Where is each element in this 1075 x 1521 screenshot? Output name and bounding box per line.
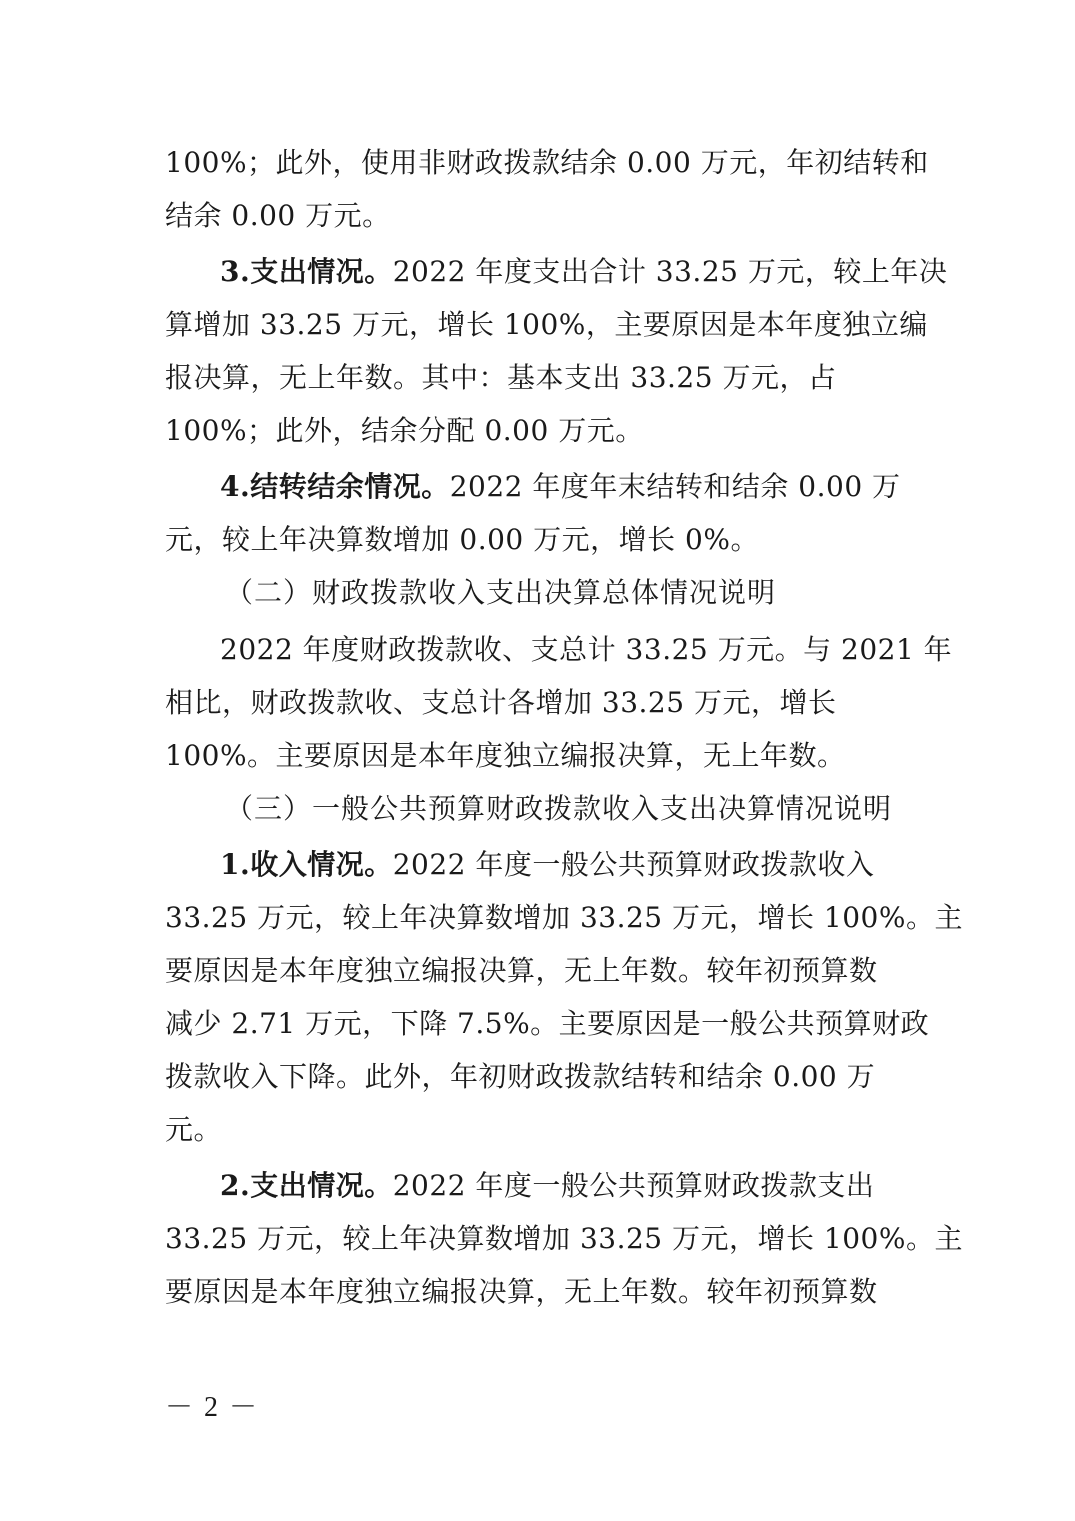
- document-page: 100%；此外，使用非财政拨款结余 0.00 万元，年初结转和结余 0.00 万…: [0, 0, 1075, 1521]
- text-line: 100%；此外，结余分配 0.00 万元。: [165, 411, 644, 451]
- line-text: 拨款收入下降。此外，年初财政拨款结转和结余 0.00 万: [165, 1060, 875, 1093]
- paragraph-start-line: 2.支出情况。2022 年度一般公共预算财政拨款支出: [220, 1166, 874, 1206]
- line-text: 2022 年度一般公共预算财政拨款支出: [393, 1169, 875, 1202]
- paragraph-start-line: 3.支出情况。2022 年度支出合计 33.25 万元，较上年决: [220, 252, 947, 292]
- text-line: 要原因是本年度独立编报决算，无上年数。较年初预算数: [165, 1272, 878, 1312]
- text-line: 报决算，无上年数。其中：基本支出 33.25 万元，占: [165, 358, 836, 398]
- line-text: 报决算，无上年数。其中：基本支出 33.25 万元，占: [165, 361, 836, 394]
- text-line: 33.25 万元，较上年决算数增加 33.25 万元，增长 100%。主: [165, 898, 963, 938]
- text-line: 2022 年度财政拨款收、支总计 33.25 万元。与 2021 年: [220, 630, 952, 670]
- text-line: 100%；此外，使用非财政拨款结余 0.00 万元，年初结转和: [165, 143, 929, 183]
- line-text: 元。: [165, 1113, 222, 1146]
- text-line: 减少 2.71 万元，下降 7.5%。主要原因是一般公共预算财政: [165, 1004, 929, 1044]
- page-number: － 2 －: [165, 1388, 259, 1428]
- line-text: 算增加 33.25 万元，增长 100%，主要原因是本年度独立编: [165, 308, 928, 341]
- paragraph-lead-title: 4.结转结余情况。: [220, 470, 450, 503]
- line-text: （三）一般公共预算财政拨款收入支出决算情况说明: [225, 792, 892, 825]
- line-text: 要原因是本年度独立编报决算，无上年数。较年初预算数: [165, 1275, 878, 1308]
- paragraph-lead-title: 1.收入情况。: [220, 848, 393, 881]
- text-line: 拨款收入下降。此外，年初财政拨款结转和结余 0.00 万: [165, 1057, 875, 1097]
- section-heading: （二）财政拨款收入支出决算总体情况说明: [225, 573, 776, 613]
- text-line: 相比，财政拨款收、支总计各增加 33.25 万元，增长: [165, 683, 836, 723]
- text-line: 算增加 33.25 万元，增长 100%，主要原因是本年度独立编: [165, 305, 928, 345]
- paragraph-lead-title: 2.支出情况。: [220, 1169, 393, 1202]
- text-line: 100%。主要原因是本年度独立编报决算，无上年数。: [165, 736, 846, 776]
- line-text: 100%。主要原因是本年度独立编报决算，无上年数。: [165, 739, 846, 772]
- line-text: 33.25 万元，较上年决算数增加 33.25 万元，增长 100%。主: [165, 1222, 963, 1255]
- paragraph-start-line: 1.收入情况。2022 年度一般公共预算财政拨款收入: [220, 845, 874, 885]
- line-text: 减少 2.71 万元，下降 7.5%。主要原因是一般公共预算财政: [165, 1007, 929, 1040]
- line-text: 结余 0.00 万元。: [165, 199, 391, 232]
- line-text: 2022 年度财政拨款收、支总计 33.25 万元。与 2021 年: [220, 633, 952, 666]
- line-text: 元，较上年决算数增加 0.00 万元，增长 0%。: [165, 523, 759, 556]
- line-text: （二）财政拨款收入支出决算总体情况说明: [225, 576, 776, 609]
- text-line: 结余 0.00 万元。: [165, 196, 391, 236]
- line-text: 100%；此外，结余分配 0.00 万元。: [165, 414, 644, 447]
- text-line: 33.25 万元，较上年决算数增加 33.25 万元，增长 100%。主: [165, 1219, 963, 1259]
- line-text: 33.25 万元，较上年决算数增加 33.25 万元，增长 100%。主: [165, 901, 963, 934]
- text-line: 元，较上年决算数增加 0.00 万元，增长 0%。: [165, 520, 759, 560]
- text-line: 元。: [165, 1110, 222, 1150]
- line-text: 相比，财政拨款收、支总计各增加 33.25 万元，增长: [165, 686, 836, 719]
- line-text: 2022 年度支出合计 33.25 万元，较上年决: [393, 255, 948, 288]
- line-text: 100%；此外，使用非财政拨款结余 0.00 万元，年初结转和: [165, 146, 929, 179]
- paragraph-lead-title: 3.支出情况。: [220, 255, 393, 288]
- line-text: 2022 年度一般公共预算财政拨款收入: [393, 848, 875, 881]
- text-line: 要原因是本年度独立编报决算，无上年数。较年初预算数: [165, 951, 878, 991]
- line-text: 要原因是本年度独立编报决算，无上年数。较年初预算数: [165, 954, 878, 987]
- line-text: 2022 年度年末结转和结余 0.00 万: [450, 470, 901, 503]
- section-heading: （三）一般公共预算财政拨款收入支出决算情况说明: [225, 789, 892, 829]
- paragraph-start-line: 4.结转结余情况。2022 年度年末结转和结余 0.00 万: [220, 467, 901, 507]
